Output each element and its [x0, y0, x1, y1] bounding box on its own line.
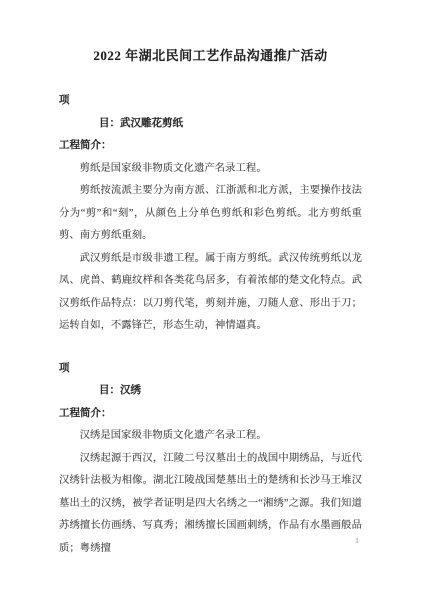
document-content: 2022 年湖北民间工艺作品沟通推广活动 项 目：武汉雕花剪纸 工程简介： 剪纸…: [59, 0, 362, 560]
page-number: 1: [355, 536, 359, 546]
paragraph: 汉绣是国家级非物质文化遗产名录工程。: [59, 425, 362, 448]
item-label: 项: [59, 90, 362, 113]
item-title: 目：汉绣: [99, 380, 362, 403]
document-title: 2022 年湖北民间工艺作品沟通推广活动: [59, 48, 362, 64]
section-han-embroidery: 项 目：汉绣 工程简介： 汉绣是国家级非物质文化遗产名录工程。 汉绣起源于西汉，…: [59, 358, 362, 561]
item-title: 目：武汉雕花剪纸: [99, 113, 362, 136]
document-page: 2022 年湖北民间工艺作品沟通推广活动 项 目：武汉雕花剪纸 工程简介： 剪纸…: [0, 0, 424, 600]
paragraph: 汉绣起源于西汉，江陵二号汉墓出土的战国中期绣品，与近代汉绣针法极为相像。湖北江陵…: [59, 448, 362, 561]
intro-heading: 工程简介：: [59, 403, 362, 426]
paragraph: 剪纸按流派主要分为南方派、江浙派和北方派，主要操作技法分为“剪”和“刻”，从颜色…: [59, 180, 362, 248]
paragraph: 武汉剪纸是市级非遗工程。属于南方剪纸。武汉传统剪纸以龙凤、虎兽、鹤鹿纹样和各类花…: [59, 248, 362, 338]
item-label: 项: [59, 358, 362, 381]
section-wuhan-papercut: 项 目：武汉雕花剪纸 工程简介： 剪纸是国家级非物质文化遗产名录工程。 剪纸按流…: [59, 90, 362, 338]
paragraph: 剪纸是国家级非物质文化遗产名录工程。: [59, 158, 362, 181]
intro-heading: 工程简介：: [59, 135, 362, 158]
